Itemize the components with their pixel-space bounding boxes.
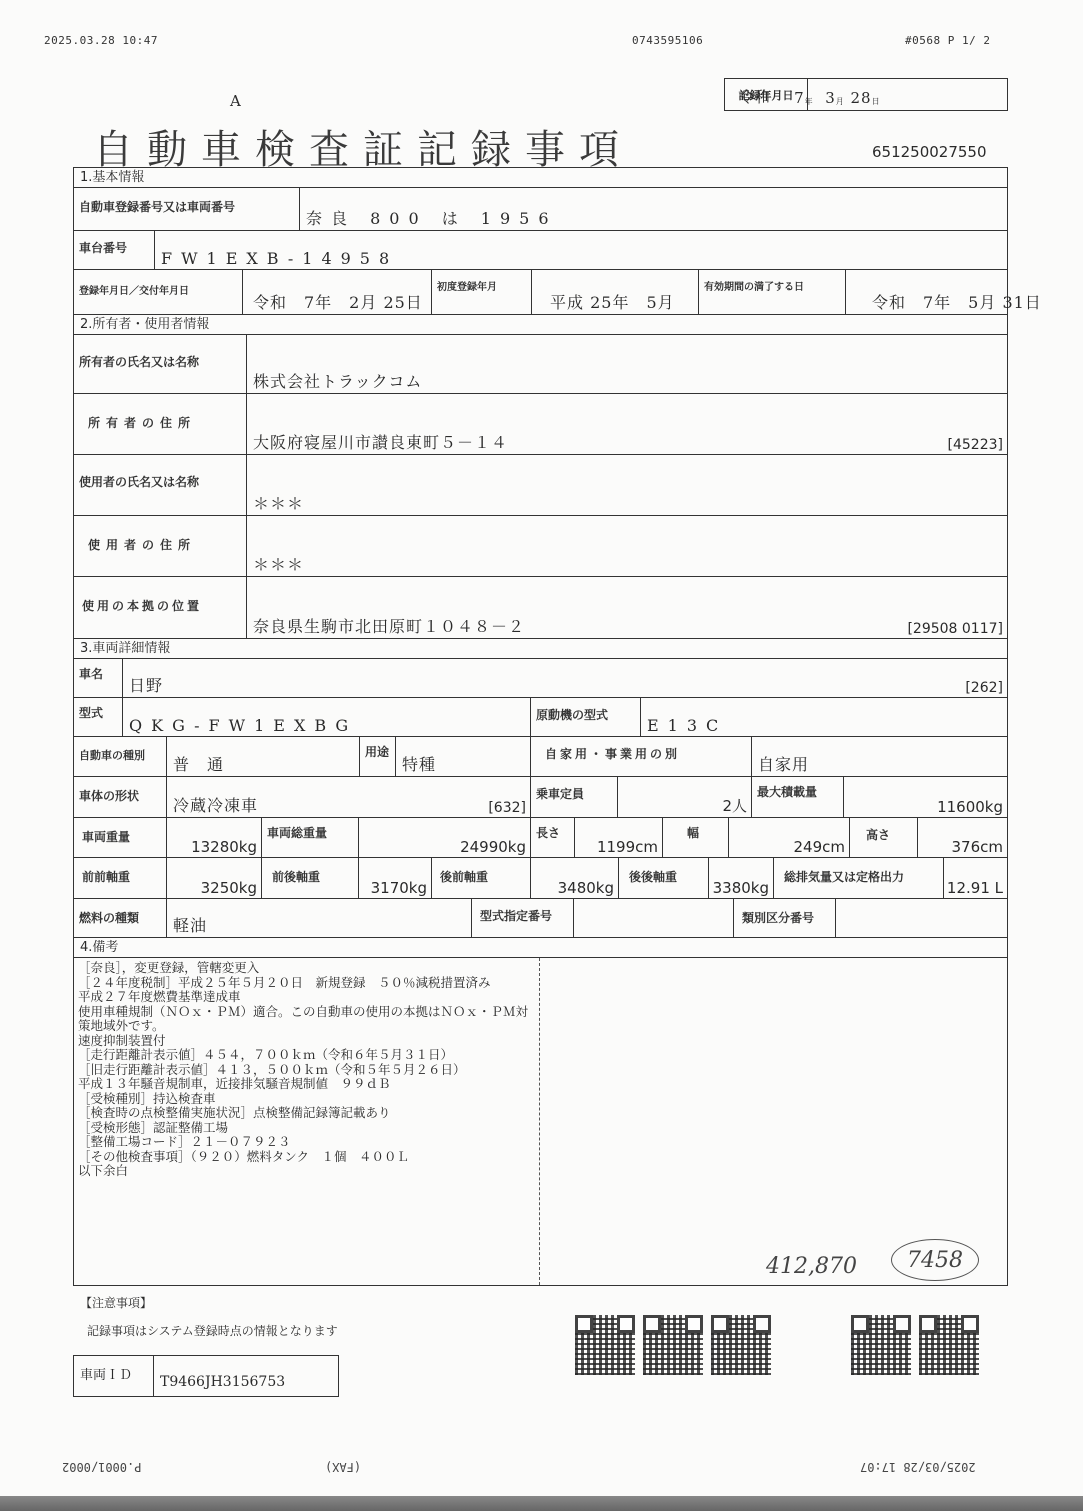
remarks-line: ［受検形態］認証整備工場 — [78, 1121, 535, 1136]
notice-text: 記録事項はシステム登録時点の情報となります — [87, 1322, 338, 1339]
qr-code-icon — [643, 1315, 703, 1375]
reg-date-label: 登録年月日／交付年月日 — [74, 270, 242, 300]
rf-axle-value: 3480kg — [558, 879, 614, 897]
base-label: 使用の本拠の位置 — [74, 577, 246, 617]
gross-label: 車両総重量 — [262, 818, 358, 844]
base-value: 奈良県生駒市北田原町１０４８－２ — [253, 614, 525, 637]
remarks-line: ［奈良］，変更登録，管轄変更入 — [78, 961, 535, 976]
fax-datetime: 2025.03.28 10:47 — [44, 34, 158, 47]
usage-value: 特種 — [402, 752, 436, 775]
handwritten-mileage: 412,870 — [766, 1254, 857, 1279]
expiry-label: 有効期間の満了する日 — [699, 270, 845, 296]
year-unit: 年 — [805, 96, 814, 107]
height-label: 高さ — [850, 818, 917, 846]
month-unit: 月 — [836, 96, 845, 107]
maker-label: 車名 — [74, 659, 122, 685]
engine-value: E13C — [647, 716, 727, 735]
owner-addr-value: 大阪府寝屋川市讃良東町５－１４ — [253, 430, 508, 453]
model-value: QKG-FW1EXBG — [129, 716, 357, 735]
category-label: 自動車の種別 — [74, 737, 166, 766]
scan-edge — [0, 1496, 1083, 1511]
reg-date-value: 令和 7年 2月 25日 — [253, 290, 423, 313]
height-value: 376cm — [952, 838, 1004, 856]
expiry-value: 令和 7年 5月 31日 — [872, 290, 1042, 313]
category-value: 普 通 — [173, 752, 224, 775]
owner-name-label: 所有者の氏名又は名称 — [74, 335, 246, 373]
rr-axle-value: 3380kg — [713, 879, 769, 897]
body-label: 車体の形状 — [74, 777, 166, 807]
displacement-label: 総排気量又は定格出力 — [774, 858, 943, 888]
body-value: 冷蔵冷凍車 — [173, 793, 258, 816]
owner-addr-code: [45223] — [948, 437, 1003, 453]
width-value: 249cm — [794, 838, 846, 856]
fuel-value: 軽油 — [173, 913, 207, 936]
ff-axle-label: 前前軸重 — [74, 858, 166, 888]
fax-footer-mode: (FAX) — [325, 1460, 361, 1474]
remarks-line: ［旧走行距離計表示値］４１３，５００ｋｍ（令和５年５月２６日） — [78, 1063, 535, 1078]
first-reg-value: 平成 25年 5月 — [550, 290, 675, 313]
remarks-line: ［受検種別］持込検査車 — [78, 1092, 535, 1107]
remarks-line: ［整備工場コード］２１－０７９２３ — [78, 1135, 535, 1150]
vehicle-id-value: T9466JH3156753 — [154, 1356, 285, 1396]
gross-value: 24990kg — [460, 838, 526, 856]
user-addr-label: 使用者の住所 — [74, 516, 246, 556]
chassis-label: 車台番号 — [74, 231, 154, 259]
section-remarks-heading: 4.備考 — [74, 938, 124, 957]
qr-code-icon — [575, 1315, 635, 1375]
first-reg-label: 初度登録年月 — [432, 270, 531, 296]
length-label: 長さ — [531, 818, 574, 844]
weight-label: 車両重量 — [74, 818, 166, 848]
qr-code-icon — [851, 1315, 911, 1375]
qr-code-icon — [711, 1315, 771, 1375]
section-basic-heading: 1.基本情報 — [74, 168, 150, 187]
record-date-value: 令和 7年 3月 28日 — [731, 86, 881, 109]
handwritten-circled-number: 7458 — [891, 1239, 979, 1281]
remarks-line: 平成１３年騒音規制車，近接排気騒音規制値 ９９ｄＢ — [78, 1077, 535, 1092]
weight-value: 13280kg — [191, 838, 257, 856]
max-load-value: 11600kg — [937, 798, 1003, 816]
rf-axle-label: 後前軸重 — [432, 858, 530, 888]
chassis-value: FW1EXB-14958 — [161, 249, 398, 268]
displacement-value: 12.91 L — [947, 879, 1003, 897]
maker-value: 日野 — [129, 673, 163, 696]
remarks-line: 平成２７年度燃費基準達成車 — [78, 990, 535, 1005]
section-vehicle-heading: 3.車両詳細情報 — [74, 639, 176, 658]
engine-label: 原動機の型式 — [531, 698, 640, 726]
remarks-line: 以下余白 — [78, 1164, 535, 1179]
remarks-area: ［奈良］，変更登録，管轄変更入［２４年度税制］平成２５年５月２０日 新規登録 ５… — [74, 957, 1007, 1285]
fax-footer-datetime: 2025/03/28 17:07 — [860, 1460, 976, 1474]
reg-no-value: 奈良 800 は 1956 — [306, 206, 558, 229]
fax-footer-page: P.0001/0002 — [62, 1460, 141, 1474]
vehicle-id-box: 車両ＩＤ T9466JH3156753 — [73, 1355, 339, 1397]
capacity-label: 乗車定員 — [531, 777, 617, 805]
remarks-line: ［走行距離計表示値］４５４，７００ｋｍ（令和６年５月３１日） — [78, 1048, 535, 1063]
remarks-line: 速度抑制装置付 — [78, 1034, 535, 1049]
user-name-value: ＊＊＊ — [253, 491, 304, 514]
fax-page: #0568 P 1/ 2 — [905, 34, 990, 47]
remarks-text: ［奈良］，変更登録，管轄変更入［２４年度税制］平成２５年５月２０日 新規登録 ５… — [74, 958, 540, 1285]
ff-axle-value: 3250kg — [201, 879, 257, 897]
class-label: 類別区分番号 — [734, 899, 835, 929]
width-label: 幅 — [663, 818, 728, 844]
private-value: 自家用 — [758, 752, 809, 775]
qr-code-icon — [919, 1315, 979, 1375]
length-value: 1199cm — [597, 838, 658, 856]
user-addr-value: ＊＊＊ — [253, 552, 304, 575]
body-code: [632] — [488, 800, 526, 816]
remarks-line: 使用車種規制（ＮＯｘ・ＰＭ）適合。この自動車の使用の本拠はＮＯｘ・ＰＭ対策地域外… — [78, 1005, 535, 1034]
remarks-handwritten-area: 412,870 7458 — [540, 958, 1007, 1285]
certificate-form: 1.基本情報 自動車登録番号又は車両番号 奈良 800 は 1956 車台番号 … — [73, 167, 1008, 1286]
day: 28 — [851, 89, 872, 107]
base-code: [29508 0117] — [907, 621, 1003, 637]
max-load-label: 最大積載量 — [752, 777, 843, 803]
rr-axle-label: 後後軸重 — [619, 858, 708, 888]
type-designation-label: 型式指定番号 — [472, 899, 573, 927]
model-label: 型式 — [74, 698, 122, 724]
remarks-line: ［２４年度税制］平成２５年５月２０日 新規登録 ５０％減税措置済み — [78, 976, 535, 991]
document-number: 651250027550 — [872, 143, 987, 161]
record-date-box: 記録年月日 令和 7年 3月 28日 — [724, 78, 1008, 111]
era: 令和 — [739, 86, 771, 107]
day-unit: 日 — [872, 96, 881, 107]
a-mark: A — [230, 92, 241, 110]
usage-label: 用途 — [360, 737, 395, 763]
remarks-line: ［その他検査事項］（９２０）燃料タンク １個 ４００Ｌ — [78, 1150, 535, 1165]
fax-phone: 0743595106 — [632, 34, 703, 47]
fr-axle-label: 前後軸重 — [262, 858, 358, 888]
fr-axle-value: 3170kg — [371, 879, 427, 897]
notice-heading: 【注意事項】 — [80, 1294, 152, 1311]
fuel-label: 燃料の種類 — [74, 899, 166, 929]
year: 7 — [794, 89, 805, 107]
maker-code: [262] — [965, 680, 1003, 696]
private-label: 自家用・事業用の別 — [531, 737, 751, 765]
remarks-line: ［検査時の点検整備実施状況］点検整備記録簿記載あり — [78, 1106, 535, 1121]
capacity-value: 2人 — [722, 795, 747, 816]
user-name-label: 使用者の氏名又は名称 — [74, 455, 246, 493]
month: 3 — [825, 89, 836, 107]
vehicle-id-label: 車両ＩＤ — [74, 1356, 154, 1396]
owner-name-value: 株式会社トラックコム — [253, 369, 422, 392]
reg-no-label: 自動車登録番号又は車両番号 — [74, 188, 299, 218]
owner-addr-label: 所有者の住所 — [74, 394, 246, 434]
section-owner-heading: 2.所有者・使用者情報 — [74, 315, 215, 334]
